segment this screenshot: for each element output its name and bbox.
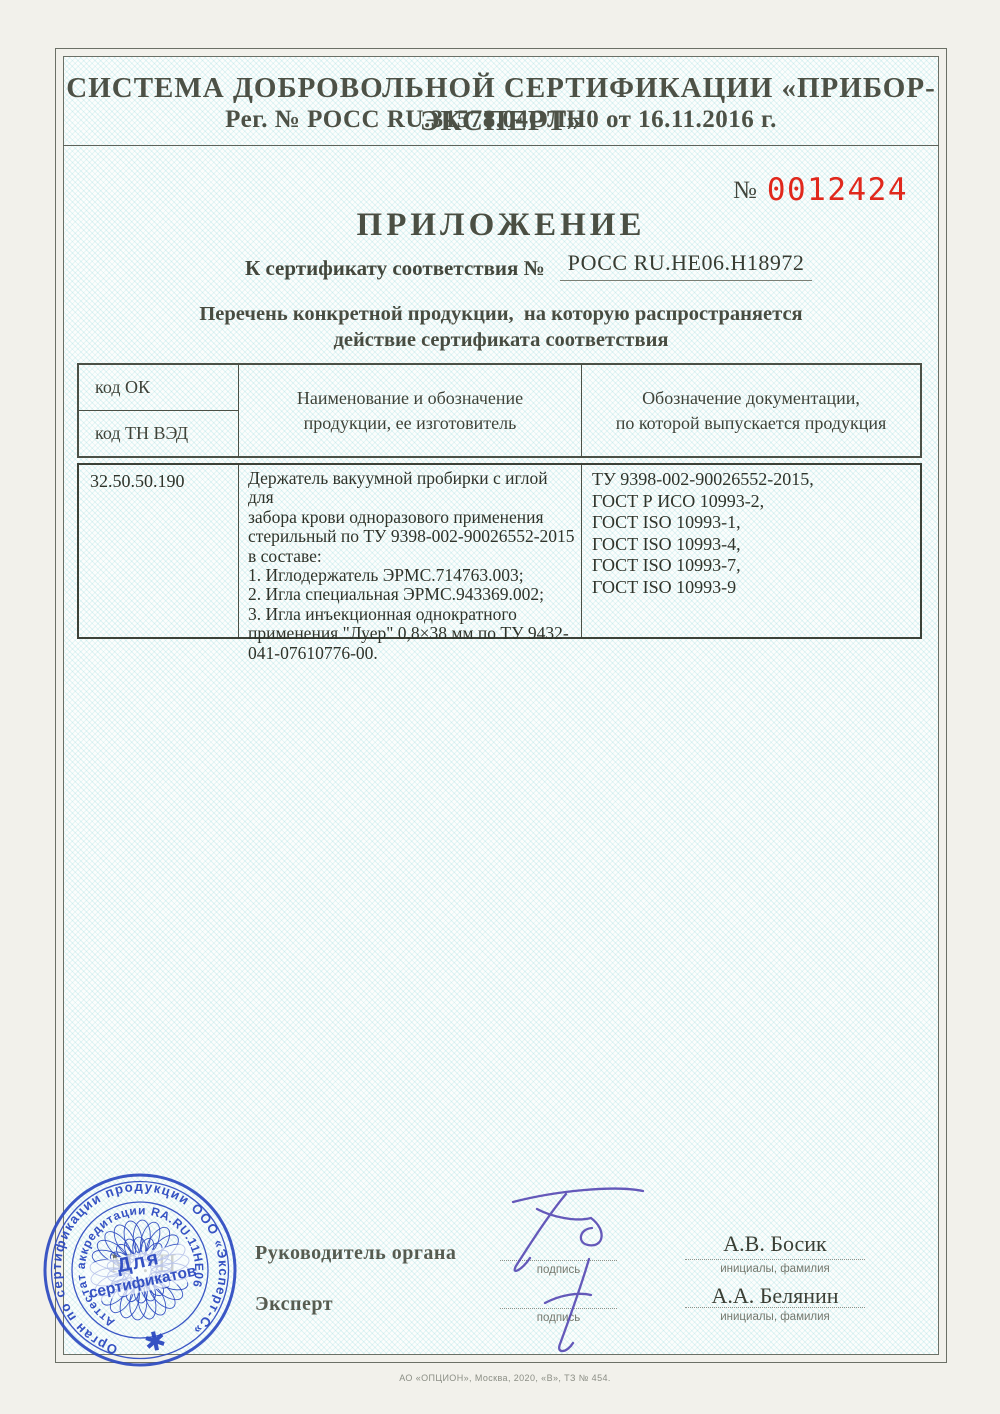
- certificate-annex-page: СИСТЕМА ДОБРОВОЛЬНОЙ СЕРТИФИКАЦИИ «ПРИБО…: [0, 0, 1000, 1414]
- signature-1-scribble: [513, 1189, 643, 1271]
- signature-2-scribble: [545, 1259, 591, 1351]
- handwritten-signatures: [0, 0, 1000, 1414]
